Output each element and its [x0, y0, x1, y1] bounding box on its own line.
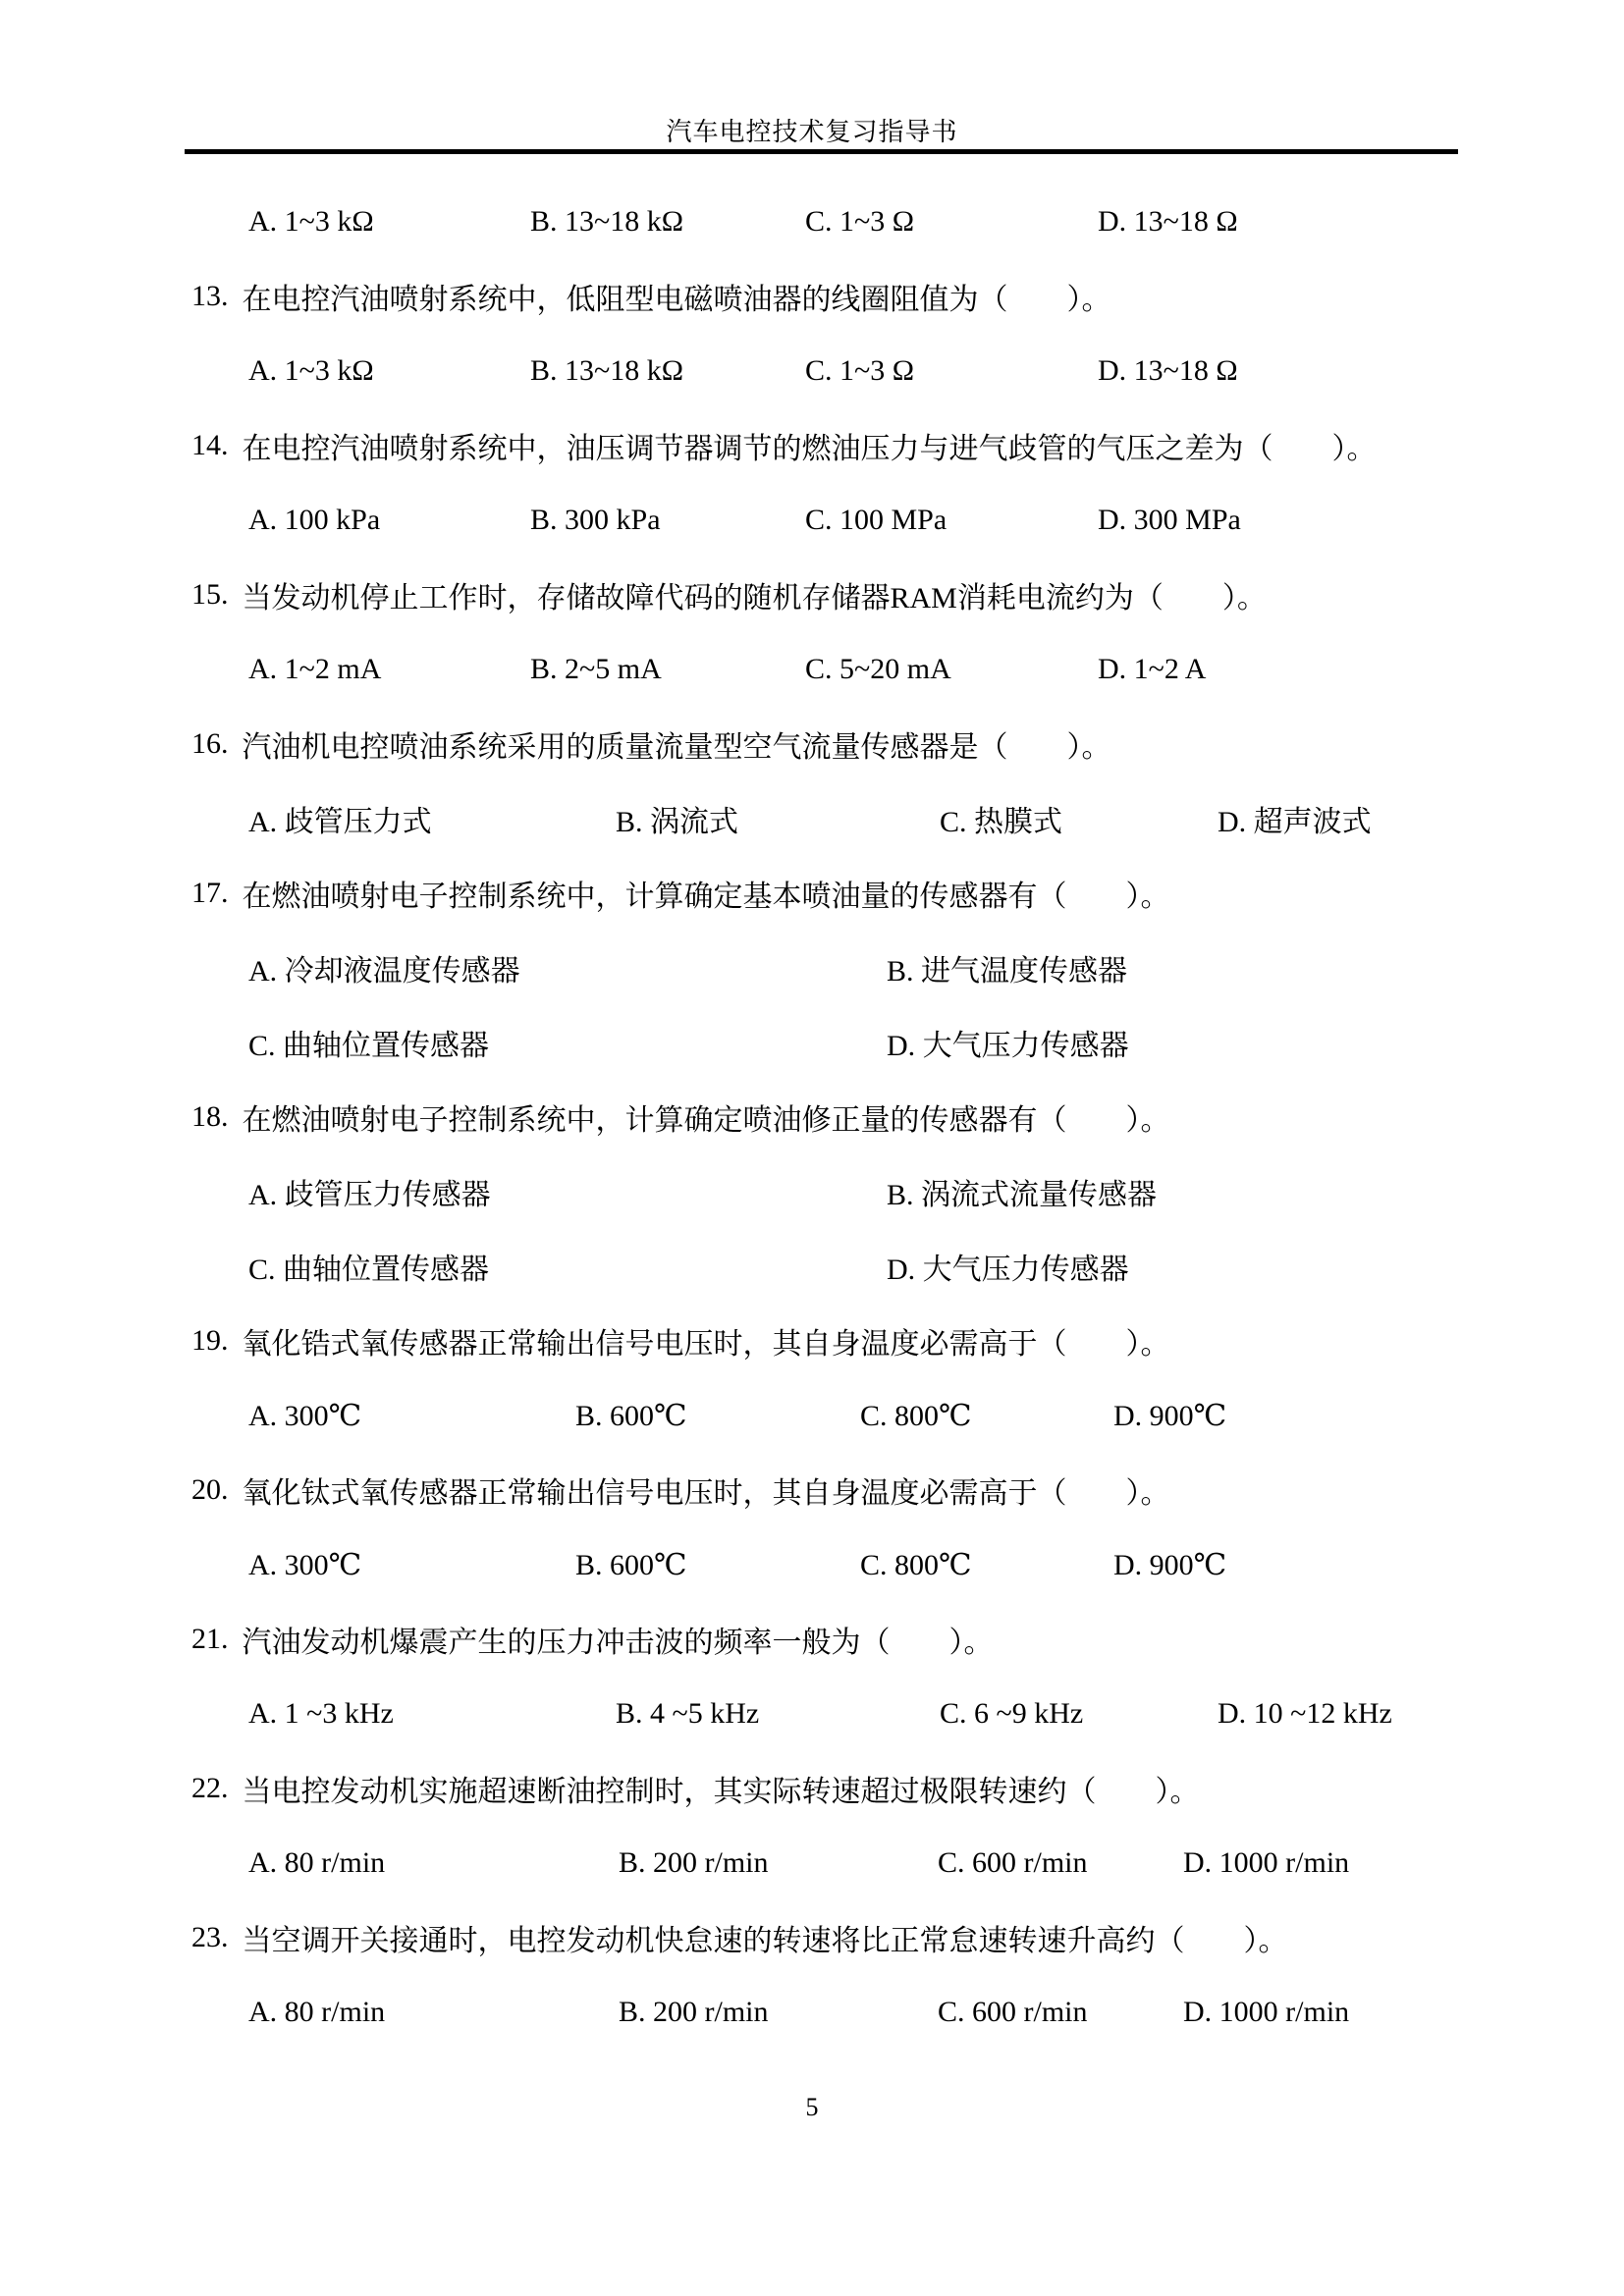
question-15: 15. 当发动机停止工作时，存储故障代码的随机存储器RAM消耗电流约为（ ）。	[0, 558, 1624, 632]
option-b: B. 涡流式流量传感器	[887, 1170, 1624, 1213]
option-row-q17-ab: A. 冷却液温度传感器 B. 进气温度传感器	[0, 931, 1624, 1005]
option-b: B. 2~5 mA	[530, 653, 805, 686]
question-17: 17. 在燃油喷射电子控制系统中，计算确定基本喷油量的传感器有（ ）。	[0, 856, 1624, 931]
option-c: C. 5~20 mA	[805, 653, 1098, 686]
option-c: C. 600 r/min	[938, 1996, 1183, 2029]
option-a: A. 歧管压力式	[248, 797, 616, 840]
question-22: 22. 当电控发动机实施超速断油控制时，其实际转速超过极限转速约（ ）。	[0, 1751, 1624, 1826]
option-a: A. 300℃	[248, 1399, 575, 1433]
option-c: C. 6 ~9 kHz	[940, 1697, 1218, 1731]
question-23: 23. 当空调开关接通时，电控发动机快怠速的转速将比正常怠速转速升高约（ ）。	[0, 1900, 1624, 1975]
question-18: 18. 在燃油喷射电子控制系统中，计算确定喷油修正量的传感器有（ ）。	[0, 1080, 1624, 1154]
page-footer: 5	[0, 2093, 1624, 2122]
question-text: 汽油机电控喷油系统采用的质量流量型空气流量传感器是（ ）。	[243, 722, 1111, 766]
option-row-q15: A. 1~2 mA B. 2~5 mA C. 5~20 mA D. 1~2 A	[0, 632, 1624, 707]
option-d: D. 超声波式	[1218, 797, 1624, 840]
option-b: B. 涡流式	[616, 797, 940, 840]
option-a: A. 100 kPa	[248, 504, 530, 537]
question-number: 17.	[191, 877, 229, 910]
question-number: 13.	[191, 280, 229, 313]
option-a: A. 冷却液温度传感器	[248, 946, 887, 989]
option-b: B. 200 r/min	[619, 1846, 938, 1880]
option-b: B. 200 r/min	[619, 1996, 938, 2029]
option-b: B. 13~18 kΩ	[530, 205, 805, 239]
question-number: 14.	[191, 429, 229, 462]
option-d: D. 大气压力传感器	[887, 1021, 1624, 1064]
option-c: C. 600 r/min	[938, 1846, 1183, 1880]
option-row-q19: A. 300℃ B. 600℃ C. 800℃ D. 900℃	[0, 1378, 1624, 1453]
option-c: C. 100 MPa	[805, 504, 1098, 537]
option-row-q12: A. 1~3 kΩ B. 13~18 kΩ C. 1~3 Ω D. 13~18 …	[0, 185, 1624, 259]
option-d: D. 1~2 A	[1098, 653, 1624, 686]
option-c: C. 800℃	[860, 1548, 1113, 1582]
option-a: A. 1~3 kΩ	[248, 205, 530, 239]
option-a: A. 1 ~3 kHz	[248, 1697, 616, 1731]
question-number: 23.	[191, 1921, 229, 1954]
option-b: B. 600℃	[575, 1548, 860, 1582]
option-a: A. 1~2 mA	[248, 653, 530, 686]
question-19: 19. 氧化锆式氧传感器正常输出信号电压时，其自身温度必需高于（ ）。	[0, 1304, 1624, 1378]
question-16: 16. 汽油机电控喷油系统采用的质量流量型空气流量传感器是（ ）。	[0, 707, 1624, 781]
option-d: D. 900℃	[1113, 1548, 1624, 1582]
option-row-q18-ab: A. 歧管压力传感器 B. 涡流式流量传感器	[0, 1154, 1624, 1229]
option-c: C. 1~3 Ω	[805, 205, 1098, 239]
question-20: 20. 氧化钛式氧传感器正常输出信号电压时，其自身温度必需高于（ ）。	[0, 1453, 1624, 1527]
question-text: 当发动机停止工作时，存储故障代码的随机存储器RAM消耗电流约为（ ）。	[243, 573, 1267, 616]
option-row-q13: A. 1~3 kΩ B. 13~18 kΩ C. 1~3 Ω D. 13~18 …	[0, 334, 1624, 408]
question-text: 当空调开关接通时，电控发动机快怠速的转速将比正常怠速转速升高约（ ）。	[243, 1916, 1288, 1959]
document-page: 汽车电控技术复习指导书 A. 1~3 kΩ B. 13~18 kΩ C. 1~3…	[0, 0, 1624, 2296]
question-number: 19.	[191, 1324, 229, 1358]
question-number: 18.	[191, 1100, 229, 1134]
option-c: C. 曲轴位置传感器	[248, 1021, 887, 1064]
option-row-q18-cd: C. 曲轴位置传感器 D. 大气压力传感器	[0, 1229, 1624, 1304]
question-text: 当电控发动机实施超速断油控制时，其实际转速超过极限转速约（ ）。	[243, 1767, 1200, 1810]
option-c: C. 800℃	[860, 1399, 1113, 1433]
page-number: 5	[806, 2093, 819, 2121]
option-a: A. 歧管压力传感器	[248, 1170, 887, 1213]
page-title: 汽车电控技术复习指导书	[0, 112, 1624, 148]
question-text: 在电控汽油喷射系统中，油压调节器调节的燃油压力与进气歧管的气压之差为（ ）。	[243, 424, 1377, 467]
option-d: D. 13~18 Ω	[1098, 205, 1624, 239]
option-a: A. 1~3 kΩ	[248, 354, 530, 388]
header-rule	[185, 149, 1458, 154]
option-d: D. 13~18 Ω	[1098, 354, 1624, 388]
option-row-q21: A. 1 ~3 kHz B. 4 ~5 kHz C. 6 ~9 kHz D. 1…	[0, 1677, 1624, 1751]
option-b: B. 300 kPa	[530, 504, 805, 537]
option-c: C. 热膜式	[940, 797, 1218, 840]
question-text: 在燃油喷射电子控制系统中，计算确定喷油修正量的传感器有（ ）。	[243, 1095, 1170, 1139]
option-d: D. 300 MPa	[1098, 504, 1624, 537]
question-text: 氧化锆式氧传感器正常输出信号电压时，其自身温度必需高于（ ）。	[243, 1319, 1170, 1362]
question-number: 16.	[191, 727, 229, 761]
option-row-q17-cd: C. 曲轴位置传感器 D. 大气压力传感器	[0, 1005, 1624, 1080]
question-number: 21.	[191, 1623, 229, 1656]
option-row-q22: A. 80 r/min B. 200 r/min C. 600 r/min D.…	[0, 1826, 1624, 1900]
option-b: B. 4 ~5 kHz	[616, 1697, 940, 1731]
option-b: B. 13~18 kΩ	[530, 354, 805, 388]
option-d: D. 大气压力传感器	[887, 1245, 1624, 1288]
option-c: C. 1~3 Ω	[805, 354, 1098, 388]
option-a: A. 80 r/min	[248, 1846, 619, 1880]
question-21: 21. 汽油发动机爆震产生的压力冲击波的频率一般为（ ）。	[0, 1602, 1624, 1677]
question-13: 13. 在电控汽油喷射系统中，低阻型电磁喷油器的线圈阻值为（ ）。	[0, 259, 1624, 334]
question-text: 在燃油喷射电子控制系统中，计算确定基本喷油量的传感器有（ ）。	[243, 872, 1170, 915]
option-row-q14: A. 100 kPa B. 300 kPa C. 100 MPa D. 300 …	[0, 483, 1624, 558]
option-b: B. 600℃	[575, 1399, 860, 1433]
question-number: 15.	[191, 578, 229, 612]
question-number: 20.	[191, 1473, 229, 1507]
option-d: D. 10 ~12 kHz	[1218, 1697, 1624, 1731]
option-d: D. 1000 r/min	[1183, 1996, 1624, 2029]
option-row-q16: A. 歧管压力式 B. 涡流式 C. 热膜式 D. 超声波式	[0, 781, 1624, 856]
option-d: D. 900℃	[1113, 1399, 1624, 1433]
question-text: 氧化钛式氧传感器正常输出信号电压时，其自身温度必需高于（ ）。	[243, 1468, 1170, 1512]
question-text: 在电控汽油喷射系统中，低阻型电磁喷油器的线圈阻值为（ ）。	[243, 275, 1111, 318]
option-c: C. 曲轴位置传感器	[248, 1245, 887, 1288]
option-d: D. 1000 r/min	[1183, 1846, 1624, 1880]
question-14: 14. 在电控汽油喷射系统中，油压调节器调节的燃油压力与进气歧管的气压之差为（ …	[0, 408, 1624, 483]
option-b: B. 进气温度传感器	[887, 946, 1624, 989]
option-a: A. 300℃	[248, 1548, 575, 1582]
question-list: A. 1~3 kΩ B. 13~18 kΩ C. 1~3 Ω D. 13~18 …	[0, 185, 1624, 2050]
option-row-q20: A. 300℃ B. 600℃ C. 800℃ D. 900℃	[0, 1527, 1624, 1602]
option-a: A. 80 r/min	[248, 1996, 619, 2029]
question-text: 汽油发动机爆震产生的压力冲击波的频率一般为（ ）。	[243, 1618, 994, 1661]
option-row-q23: A. 80 r/min B. 200 r/min C. 600 r/min D.…	[0, 1975, 1624, 2050]
question-number: 22.	[191, 1772, 229, 1805]
